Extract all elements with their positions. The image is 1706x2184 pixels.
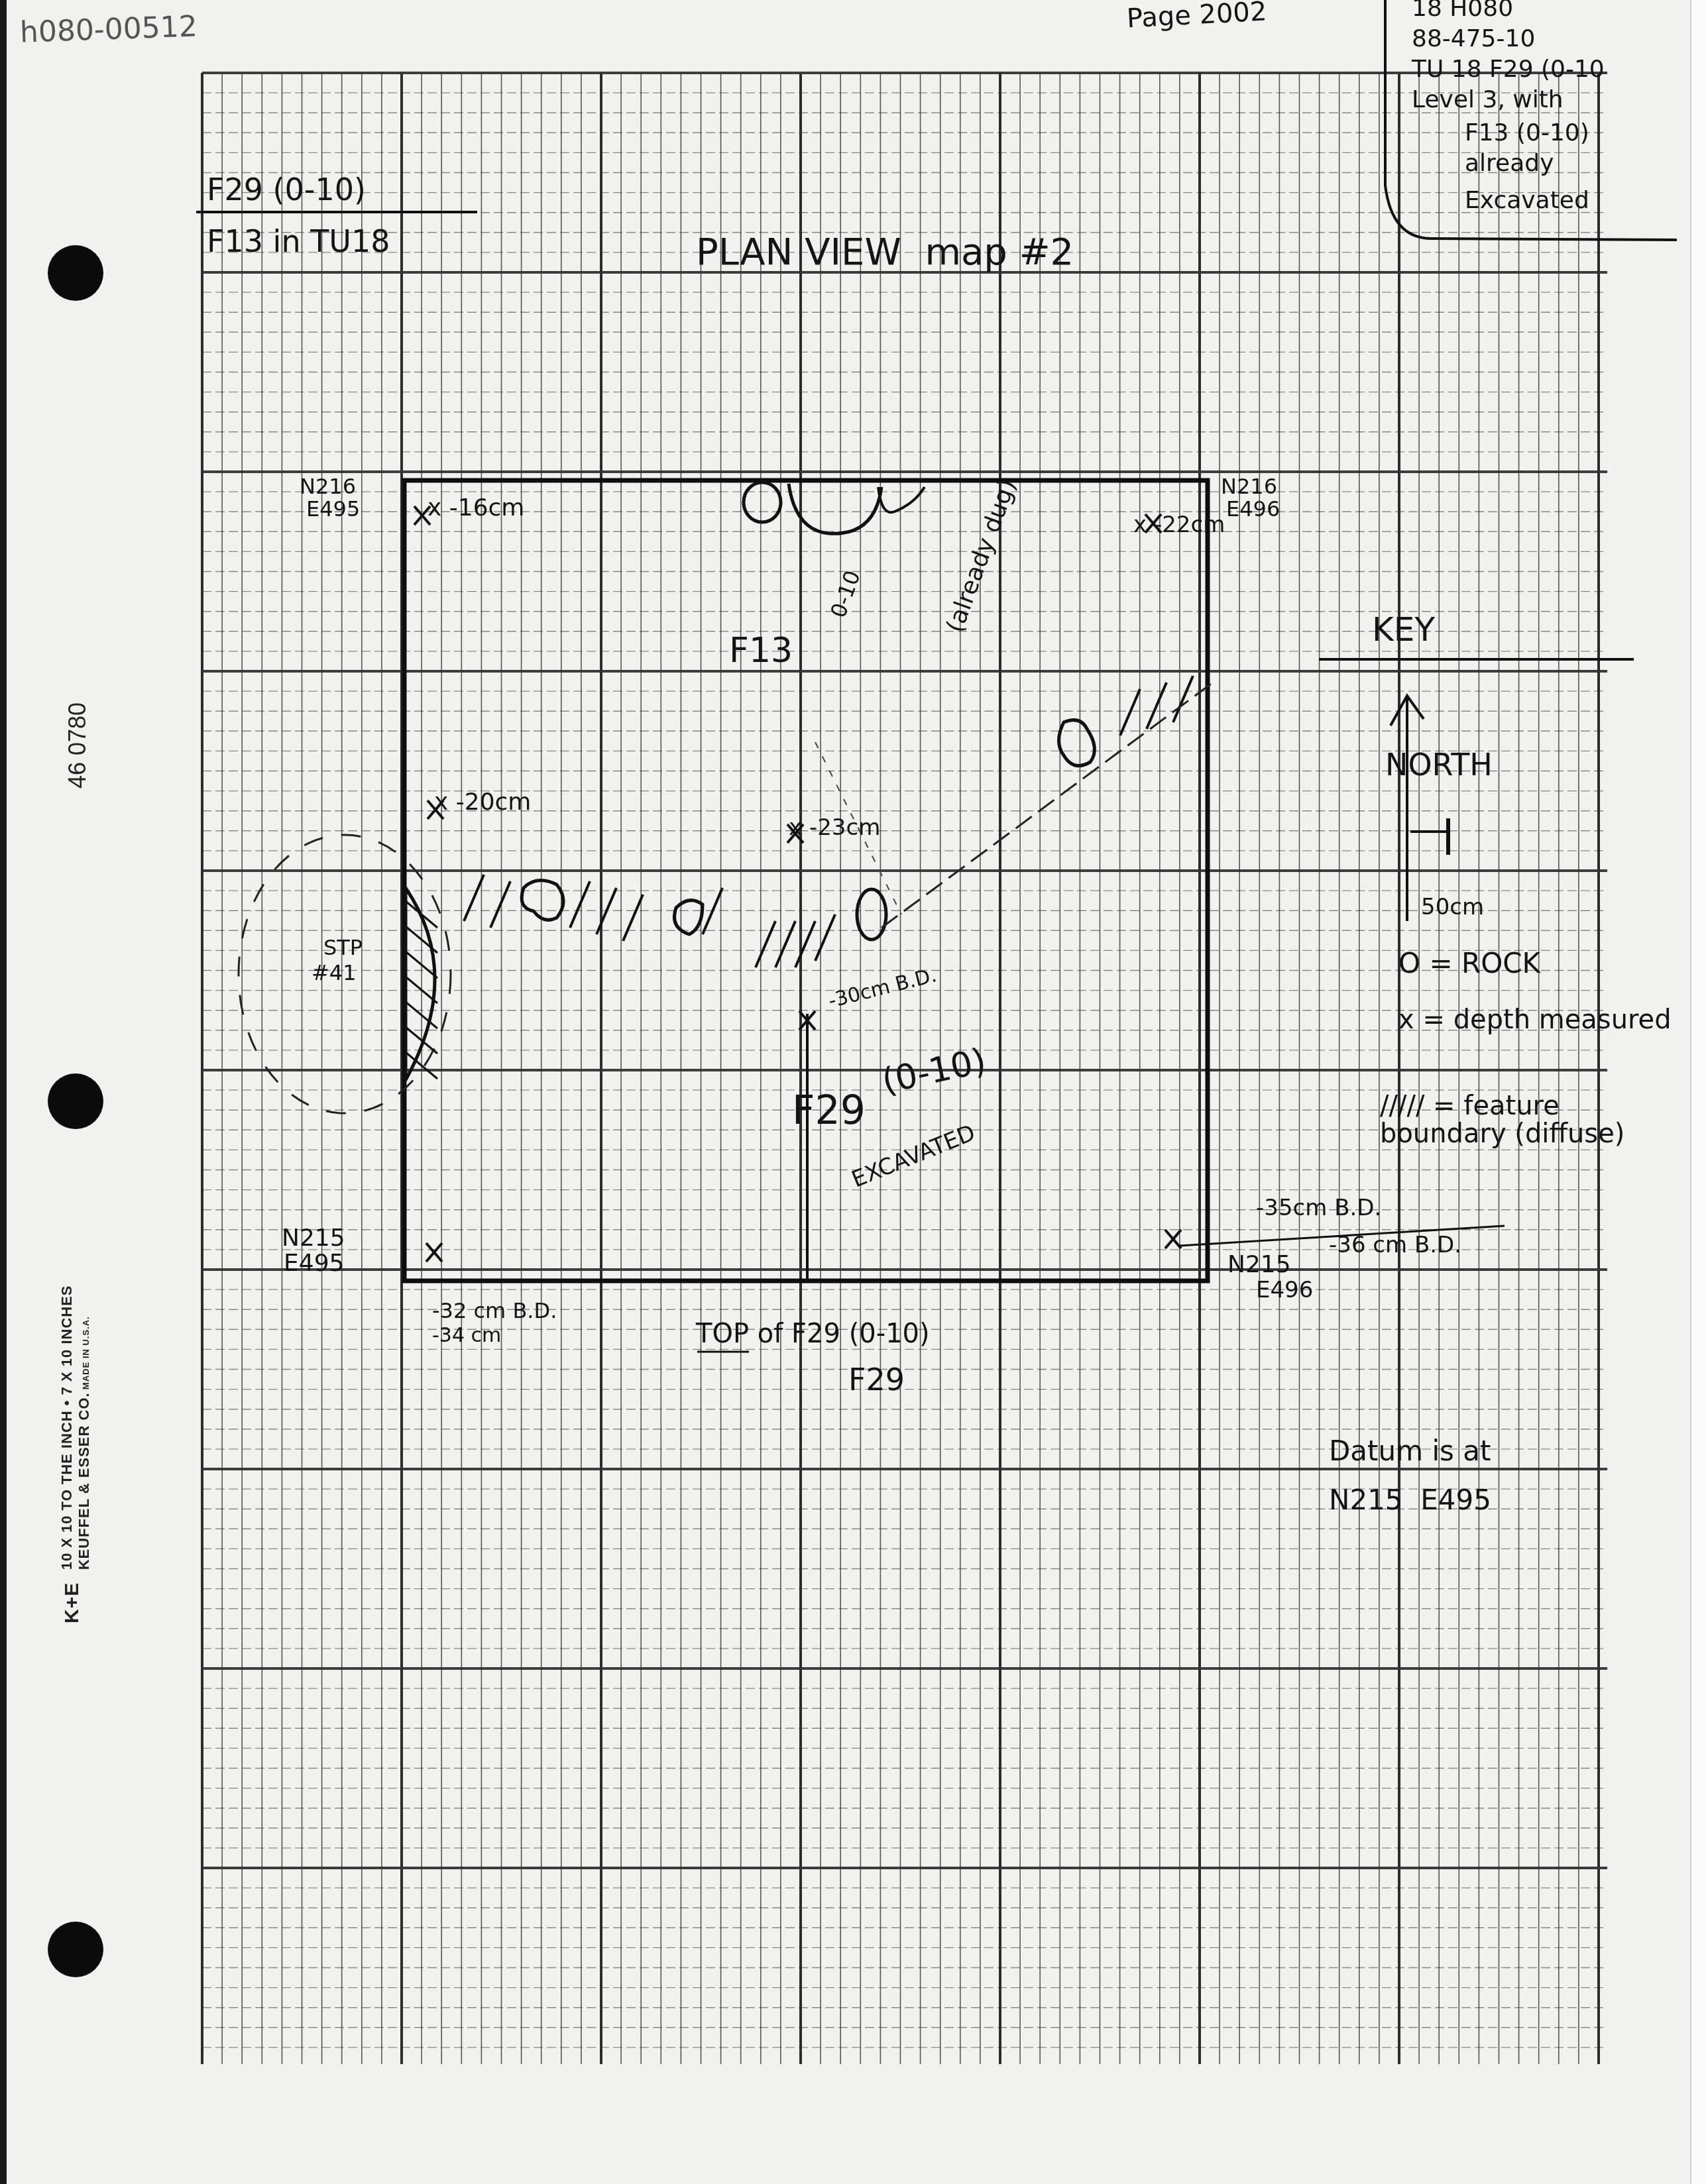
top-of-feature-label: TOP of F29 (0-10) [696, 1320, 930, 1348]
catalog-line: F13 (0-10) [1465, 121, 1589, 146]
catalog-line: 88-475-10 [1412, 27, 1535, 52]
depth-point-west: x -20cm [434, 790, 531, 815]
key-item-boundary: ///// = feature boundary (diffuse) [1380, 1092, 1672, 1148]
catalog-line: TU 18 F29 (0-10 [1412, 57, 1605, 82]
hatch-icon: ///// [1380, 1091, 1424, 1121]
feature-f13-label: F13 [729, 633, 793, 669]
corner-sw-east: E495 [284, 1251, 344, 1276]
catalog-line: Level 3, with [1412, 87, 1564, 113]
corner-sw-north: N215 [282, 1226, 345, 1251]
binder-hole-top [48, 245, 103, 301]
page-title: PLAN VIEW map #2 [696, 233, 1074, 272]
stp-number: #41 [312, 962, 357, 985]
scale-label: 50cm [1421, 896, 1484, 920]
corner-se-east: E496 [1256, 1279, 1313, 1303]
side-stamp-number: 46 0780 [64, 702, 91, 789]
manufacturer-line2: KEUFFEL & ESSER CO. [76, 1392, 93, 1570]
made-in-usa: MADE IN U.S.A. [81, 1316, 91, 1390]
corner-ne-north: N216 [1221, 476, 1277, 498]
datum-line2: N215 E495 [1329, 1486, 1491, 1515]
header-unit-line: F13 in TU18 [207, 225, 390, 257]
manufacturer-imprint: K+E 10 X 10 TO THE INCH • 7 X 10 INCHES … [58, 1285, 93, 1623]
depth-point-nw: x -16cm [427, 496, 524, 521]
feature-f29-label: F29 [792, 1090, 866, 1132]
bottom-feature-id: F29 [848, 1364, 905, 1395]
binder-hole-bottom [48, 1922, 103, 1977]
catalog-line: 18 H080 [1412, 0, 1513, 21]
datum-line1: Datum is at [1329, 1437, 1491, 1466]
graph-paper-page: h080-00512 Page 2002 18 H080 88-475-10 T… [0, 0, 1706, 2184]
manufacturer-line1: 10 X 10 TO THE INCH • 7 X 10 INCHES [58, 1285, 76, 1570]
depth-point-sw: -32 cm B.D. [432, 1300, 557, 1323]
binder-hole-middle [48, 1073, 103, 1129]
corner-ne-east: E496 [1226, 498, 1280, 521]
page-note: Page 2002 [1126, 0, 1267, 33]
key-title: KEY [1372, 612, 1435, 647]
catalog-line: Excavated [1465, 188, 1589, 213]
depth-point-ne: x -22cm [1133, 510, 1225, 539]
depth-x-icon: x [1398, 1005, 1414, 1035]
depth-point-sw-2: -34 cm [432, 1325, 501, 1346]
north-label: NORTH [1385, 749, 1493, 781]
corner-id: h080-00512 [19, 11, 198, 48]
depth-point-se: -35cm B.D. [1256, 1197, 1381, 1221]
corner-nw-north: N216 [300, 476, 356, 498]
rock-symbol-icon: O [1398, 947, 1420, 979]
key-item-rock: O = ROCK [1398, 949, 1540, 978]
stp-label: STP [323, 937, 363, 959]
corner-se-north: N215 [1227, 1252, 1291, 1278]
key-item-depth: x = depth measured [1398, 1006, 1672, 1034]
corner-nw-east: E495 [306, 498, 360, 521]
header-feature-line: F29 (0-10) [207, 174, 366, 205]
depth-point-center: x -23cm [789, 816, 880, 840]
catalog-line: already [1465, 151, 1554, 176]
ke-logo: K+E [61, 1582, 83, 1623]
depth-point-se-2: -36 cm B.D. [1329, 1234, 1461, 1258]
